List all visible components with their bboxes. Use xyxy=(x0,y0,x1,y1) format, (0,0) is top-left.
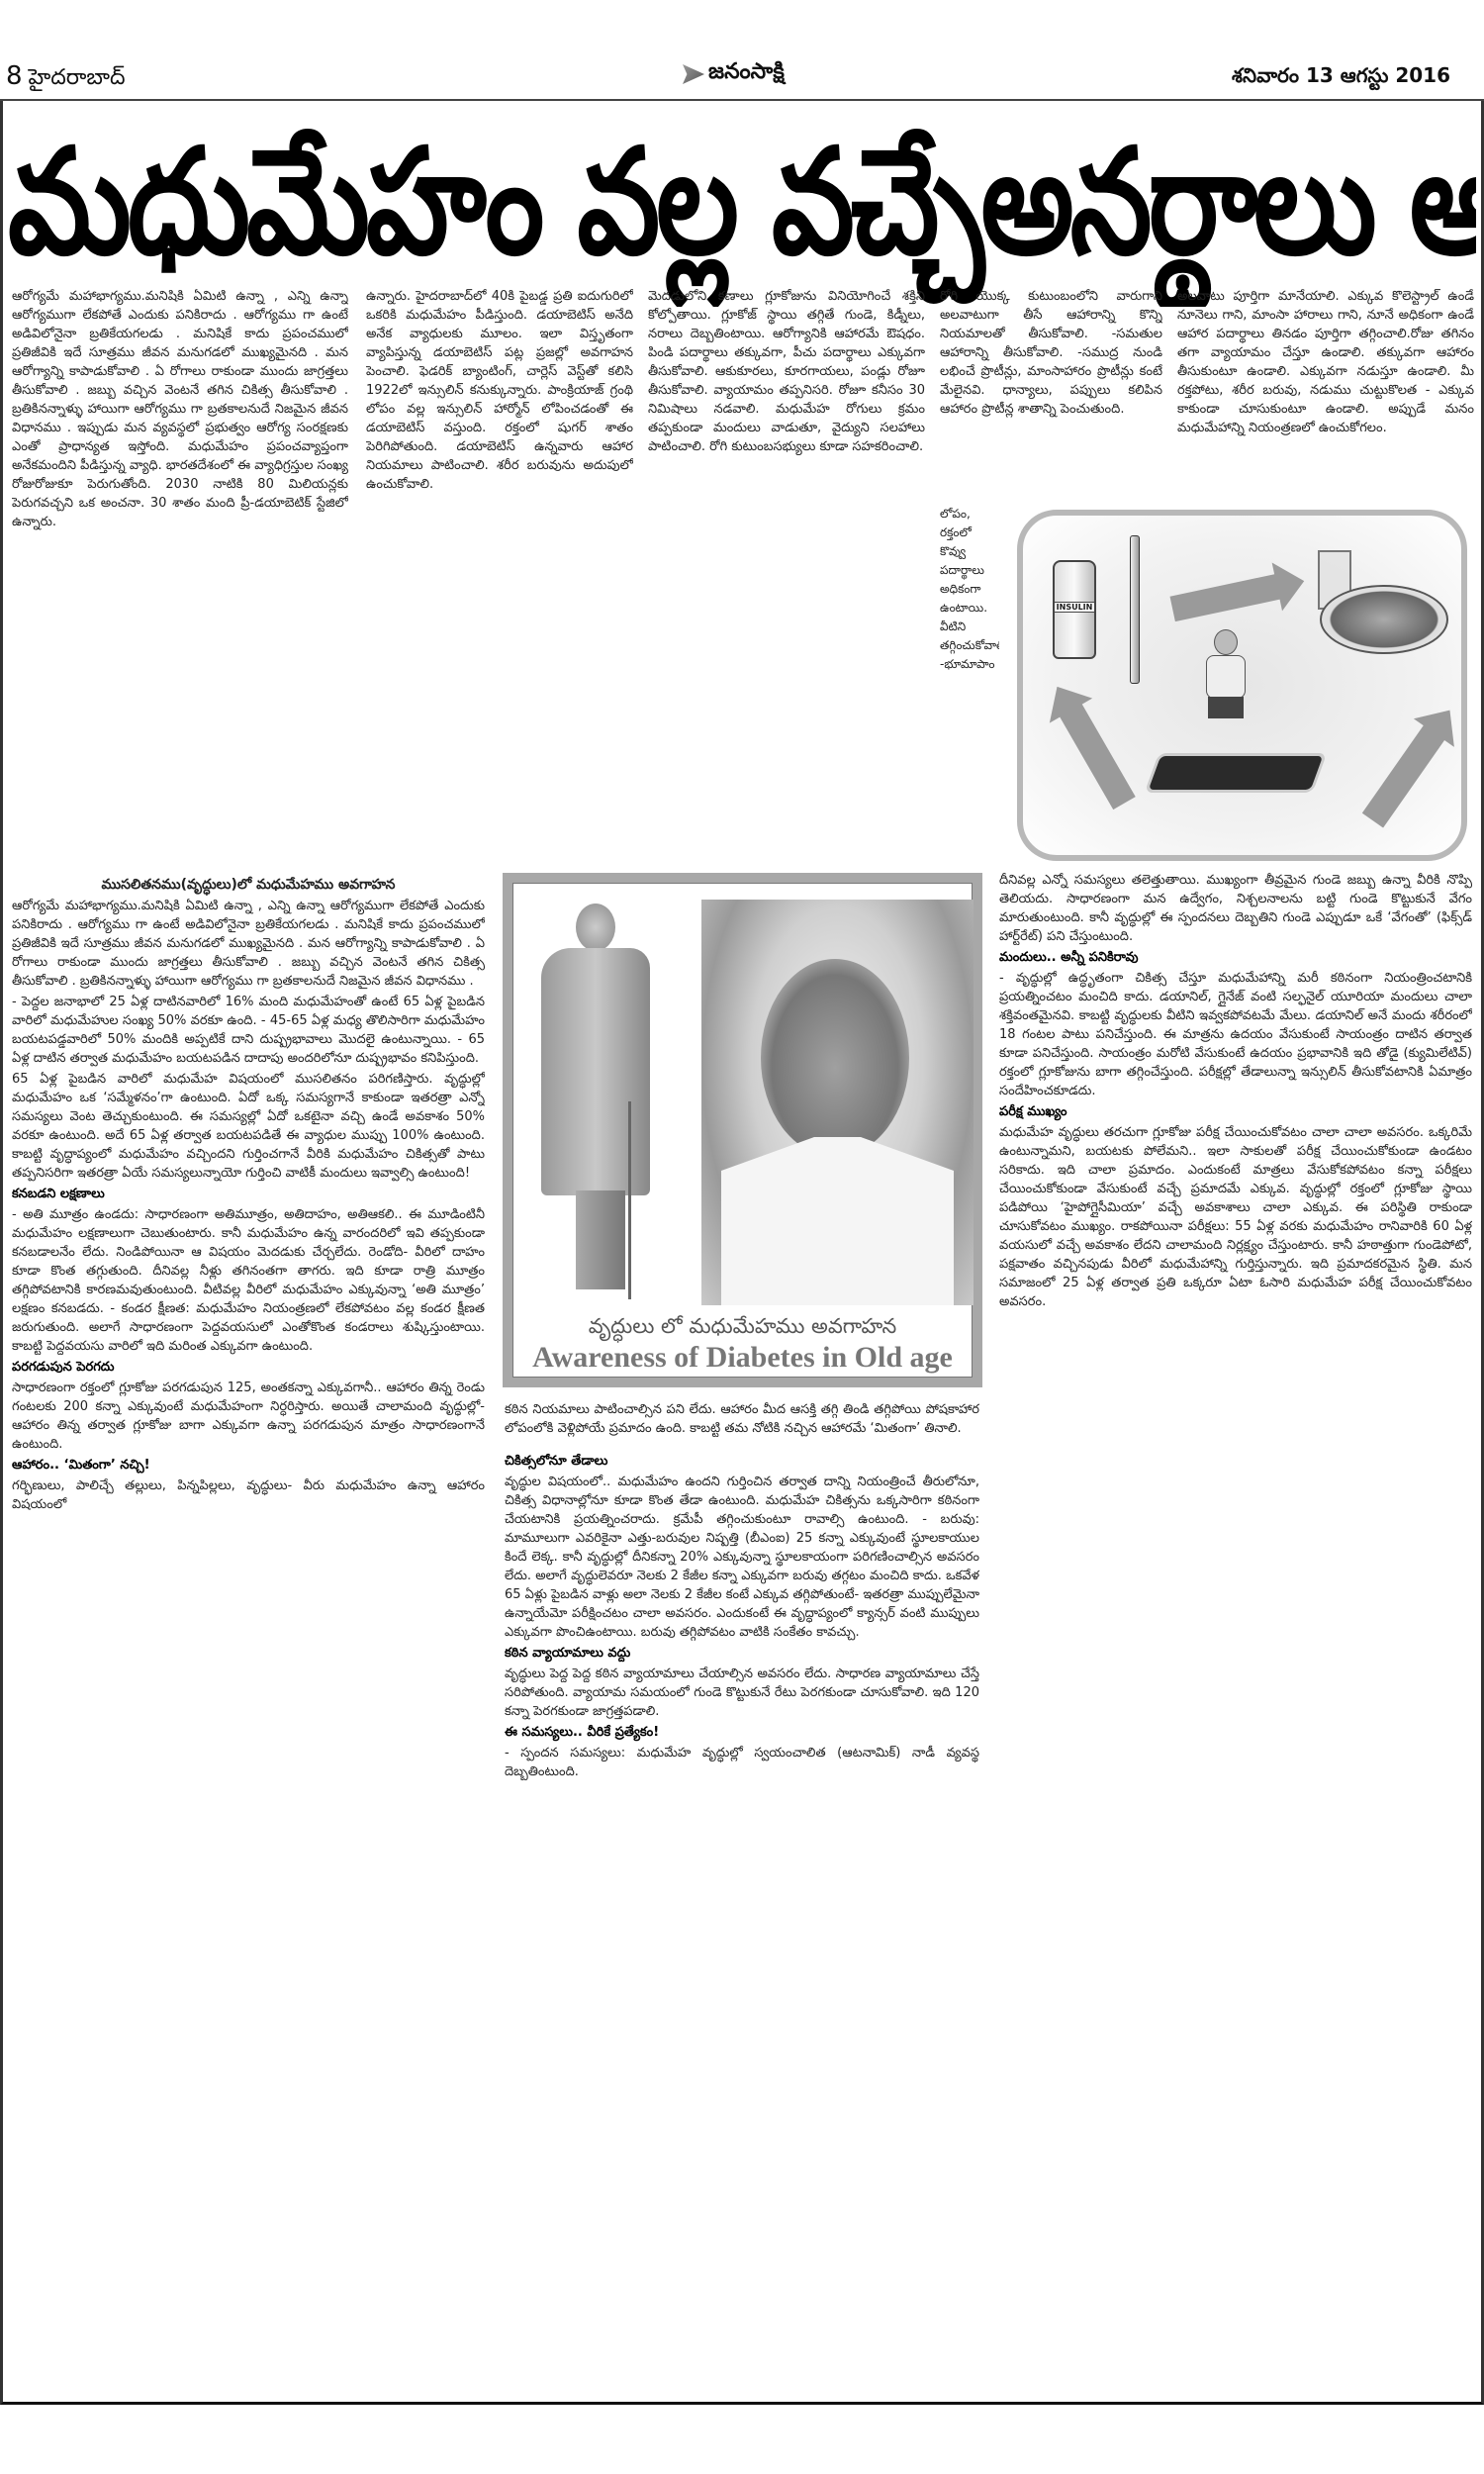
diabetes-care-illustration: INSULIN xyxy=(1017,510,1467,861)
paragraph: కఠిన నియమాలు పాటించాల్సిన పని లేదు. ఆహార… xyxy=(505,1400,979,1438)
subheading: చికిత్సలోనూ తేడాలు xyxy=(505,1452,979,1471)
brand-logo: జనంసాక్షి xyxy=(683,59,785,89)
cycle-arrow-icon xyxy=(1169,574,1281,621)
paragraph: గర్భిణులు, పాలిచ్చే తల్లులు, పిన్నపిల్లల… xyxy=(12,1476,485,1514)
paragraph: - పెద్దల జనాభాలో 25 ఏళ్ల దాటినవారిలో 16%… xyxy=(12,993,485,1068)
insulin-label: INSULIN xyxy=(1055,602,1094,613)
subheading: కఠిన వ్యాయామాలు వద్దు xyxy=(505,1644,979,1663)
section-title: ముసలితనము(వృద్ధులు)లో మధుమేహము అవగాహన xyxy=(12,876,485,895)
photo-caption-english: Awareness of Diabetes in Old age xyxy=(513,1341,972,1375)
paragraph: వృద్ధులు పెద్ద పెద్ద కఠిన వ్యాయామాలు చేయ… xyxy=(505,1665,979,1721)
bottom-column-2: కఠిన నియమాలు పాటించాల్సిన పని లేదు. ఆహార… xyxy=(505,1400,979,2400)
bottom-column-1: ముసలితనము(వృద్ధులు)లో మధుమేహము అవగాహన ఆర… xyxy=(12,876,485,2400)
masthead: 8హైదరాబాద్ జనంసాక్షి శనివారం 13 ఆగస్టు 2… xyxy=(0,57,1484,97)
subheading: పరీక్ష ముఖ్యం xyxy=(999,1102,1472,1121)
elderly-photo-box: వృద్ధులు లో మధుమేహము అవగాహన Awareness of… xyxy=(503,873,982,1387)
page-edition: 8హైదరాబాద్ xyxy=(6,61,126,95)
elderly-man-illustration xyxy=(531,904,650,1299)
edition-name: హైదరాబాద్ xyxy=(29,65,126,90)
food-plate-icon xyxy=(1320,585,1448,654)
subheading: ఆహారం.. ‘మితంగా’ నచ్చి! xyxy=(12,1456,485,1475)
insulin-bottle-icon: INSULIN xyxy=(1053,560,1096,659)
paragraph: 65 ఏళ్ల పైబడిన వారిలో మధుమేహ విషయంలో ముస… xyxy=(12,1070,485,1183)
man-exercising-icon xyxy=(1196,629,1255,748)
column-text: లోపం, రక్తంలో కొవ్వు పదార్థాలు అధికంగా ఉ… xyxy=(940,505,999,674)
column-text: మెదడులోని కణాలు గ్లూకోజును వినియోగించే శ… xyxy=(648,287,925,456)
page-headline: మధుమేహం వల్ల వచ్చేఅనర్థాలు అవగాహన xyxy=(8,109,1476,307)
article-column-3: మెదడులోని కణాలు గ్లూకోజును వినియోగించే శ… xyxy=(648,287,925,851)
subheading: కనబడని లక్షణాలు xyxy=(12,1185,485,1203)
article-column-5: అలవాటు పూర్తిగా మానేయాలి. ఎక్కువ కొలెస్ట… xyxy=(1177,287,1474,505)
photo-caption-telugu: వృద్ధులు లో మధుమేహము అవగాహన xyxy=(513,1314,972,1344)
cycle-arrow-icon xyxy=(1362,723,1445,827)
elderly-woman-photo xyxy=(701,900,974,1305)
page-number: 8 xyxy=(6,61,23,91)
subheading: మందులు.. అన్నీ పనికిరావు xyxy=(999,948,1472,967)
column-text: రోగి యొక్క కుటుంబంలోని వారుగాని అలవాటుగా… xyxy=(940,287,1162,419)
article-column-1: ఆరోగ్యమే మహాభాగ్యము.మనిషికి ఏమిటి ఉన్నా … xyxy=(12,287,348,851)
column-text: ఉన్నారు. హైదరాబాద్‌లో 40కి పైబడ్డ ప్రతి … xyxy=(366,287,633,494)
paragraph: మధుమేహ వృద్ధులు తరచుగా గ్లూకోజు పరీక్ష చ… xyxy=(999,1123,1472,1311)
paragraph: ఆరోగ్యమే మహాభాగ్యము.మనిషికి ఏమిటి ఉన్నా … xyxy=(12,897,485,991)
column-text: అలవాటు పూర్తిగా మానేయాలి. ఎక్కువ కొలెస్ట… xyxy=(1177,287,1474,437)
telangana-map-icon xyxy=(683,64,704,84)
paragraph: సాధారణంగా రక్తంలో గ్లూకోజు పరగడుపున 125,… xyxy=(12,1379,485,1454)
issue-date: శనివారం 13 ఆగస్టు 2016 xyxy=(1232,63,1450,92)
paragraph: దీనివల్ల ఎన్నో సమస్యలు తలెత్తుతాయి. ముఖ్… xyxy=(999,871,1472,946)
article-column-4: రోగి యొక్క కుటుంబంలోని వారుగాని అలవాటుగా… xyxy=(940,287,1162,505)
treadmill-icon xyxy=(1145,753,1328,793)
paragraph: - స్పందన సమస్యలు: మధుమేహ వృద్ధుల్లో స్వయ… xyxy=(505,1744,979,1781)
subheading: పరగడుపున పెరగదు xyxy=(12,1358,485,1377)
paragraph: - అతి మూత్రం ఉండదు: సాధారణంగా అతిమూత్రం,… xyxy=(12,1205,485,1356)
article-column-2: ఉన్నారు. హైదరాబాద్‌లో 40కి పైబడ్డ ప్రతి … xyxy=(366,287,633,851)
paragraph: వృద్ధుల విషయంలో.. మధుమేహం ఉందని గుర్తించ… xyxy=(505,1473,979,1642)
article-column-4-narrow: లోపం, రక్తంలో కొవ్వు పదార్థాలు అధికంగా ఉ… xyxy=(940,505,999,831)
subheading: ఈ సమస్యలు.. వీరికే ప్రత్యేకం! xyxy=(505,1723,979,1742)
brand-name: జనంసాక్షి xyxy=(708,59,785,89)
syringe-icon xyxy=(1130,535,1140,684)
bottom-column-3: దీనివల్ల ఎన్నో సమస్యలు తలెత్తుతాయి. ముఖ్… xyxy=(999,871,1472,2400)
paragraph: - వృద్ధుల్లో ఉద్ధృతంగా చికిత్స చేస్తూ మధ… xyxy=(999,969,1472,1100)
cycle-arrow-icon xyxy=(1059,703,1136,809)
column-text: ఆరోగ్యమే మహాభాగ్యము.మనిషికి ఏమిటి ఉన్నా … xyxy=(12,287,348,531)
